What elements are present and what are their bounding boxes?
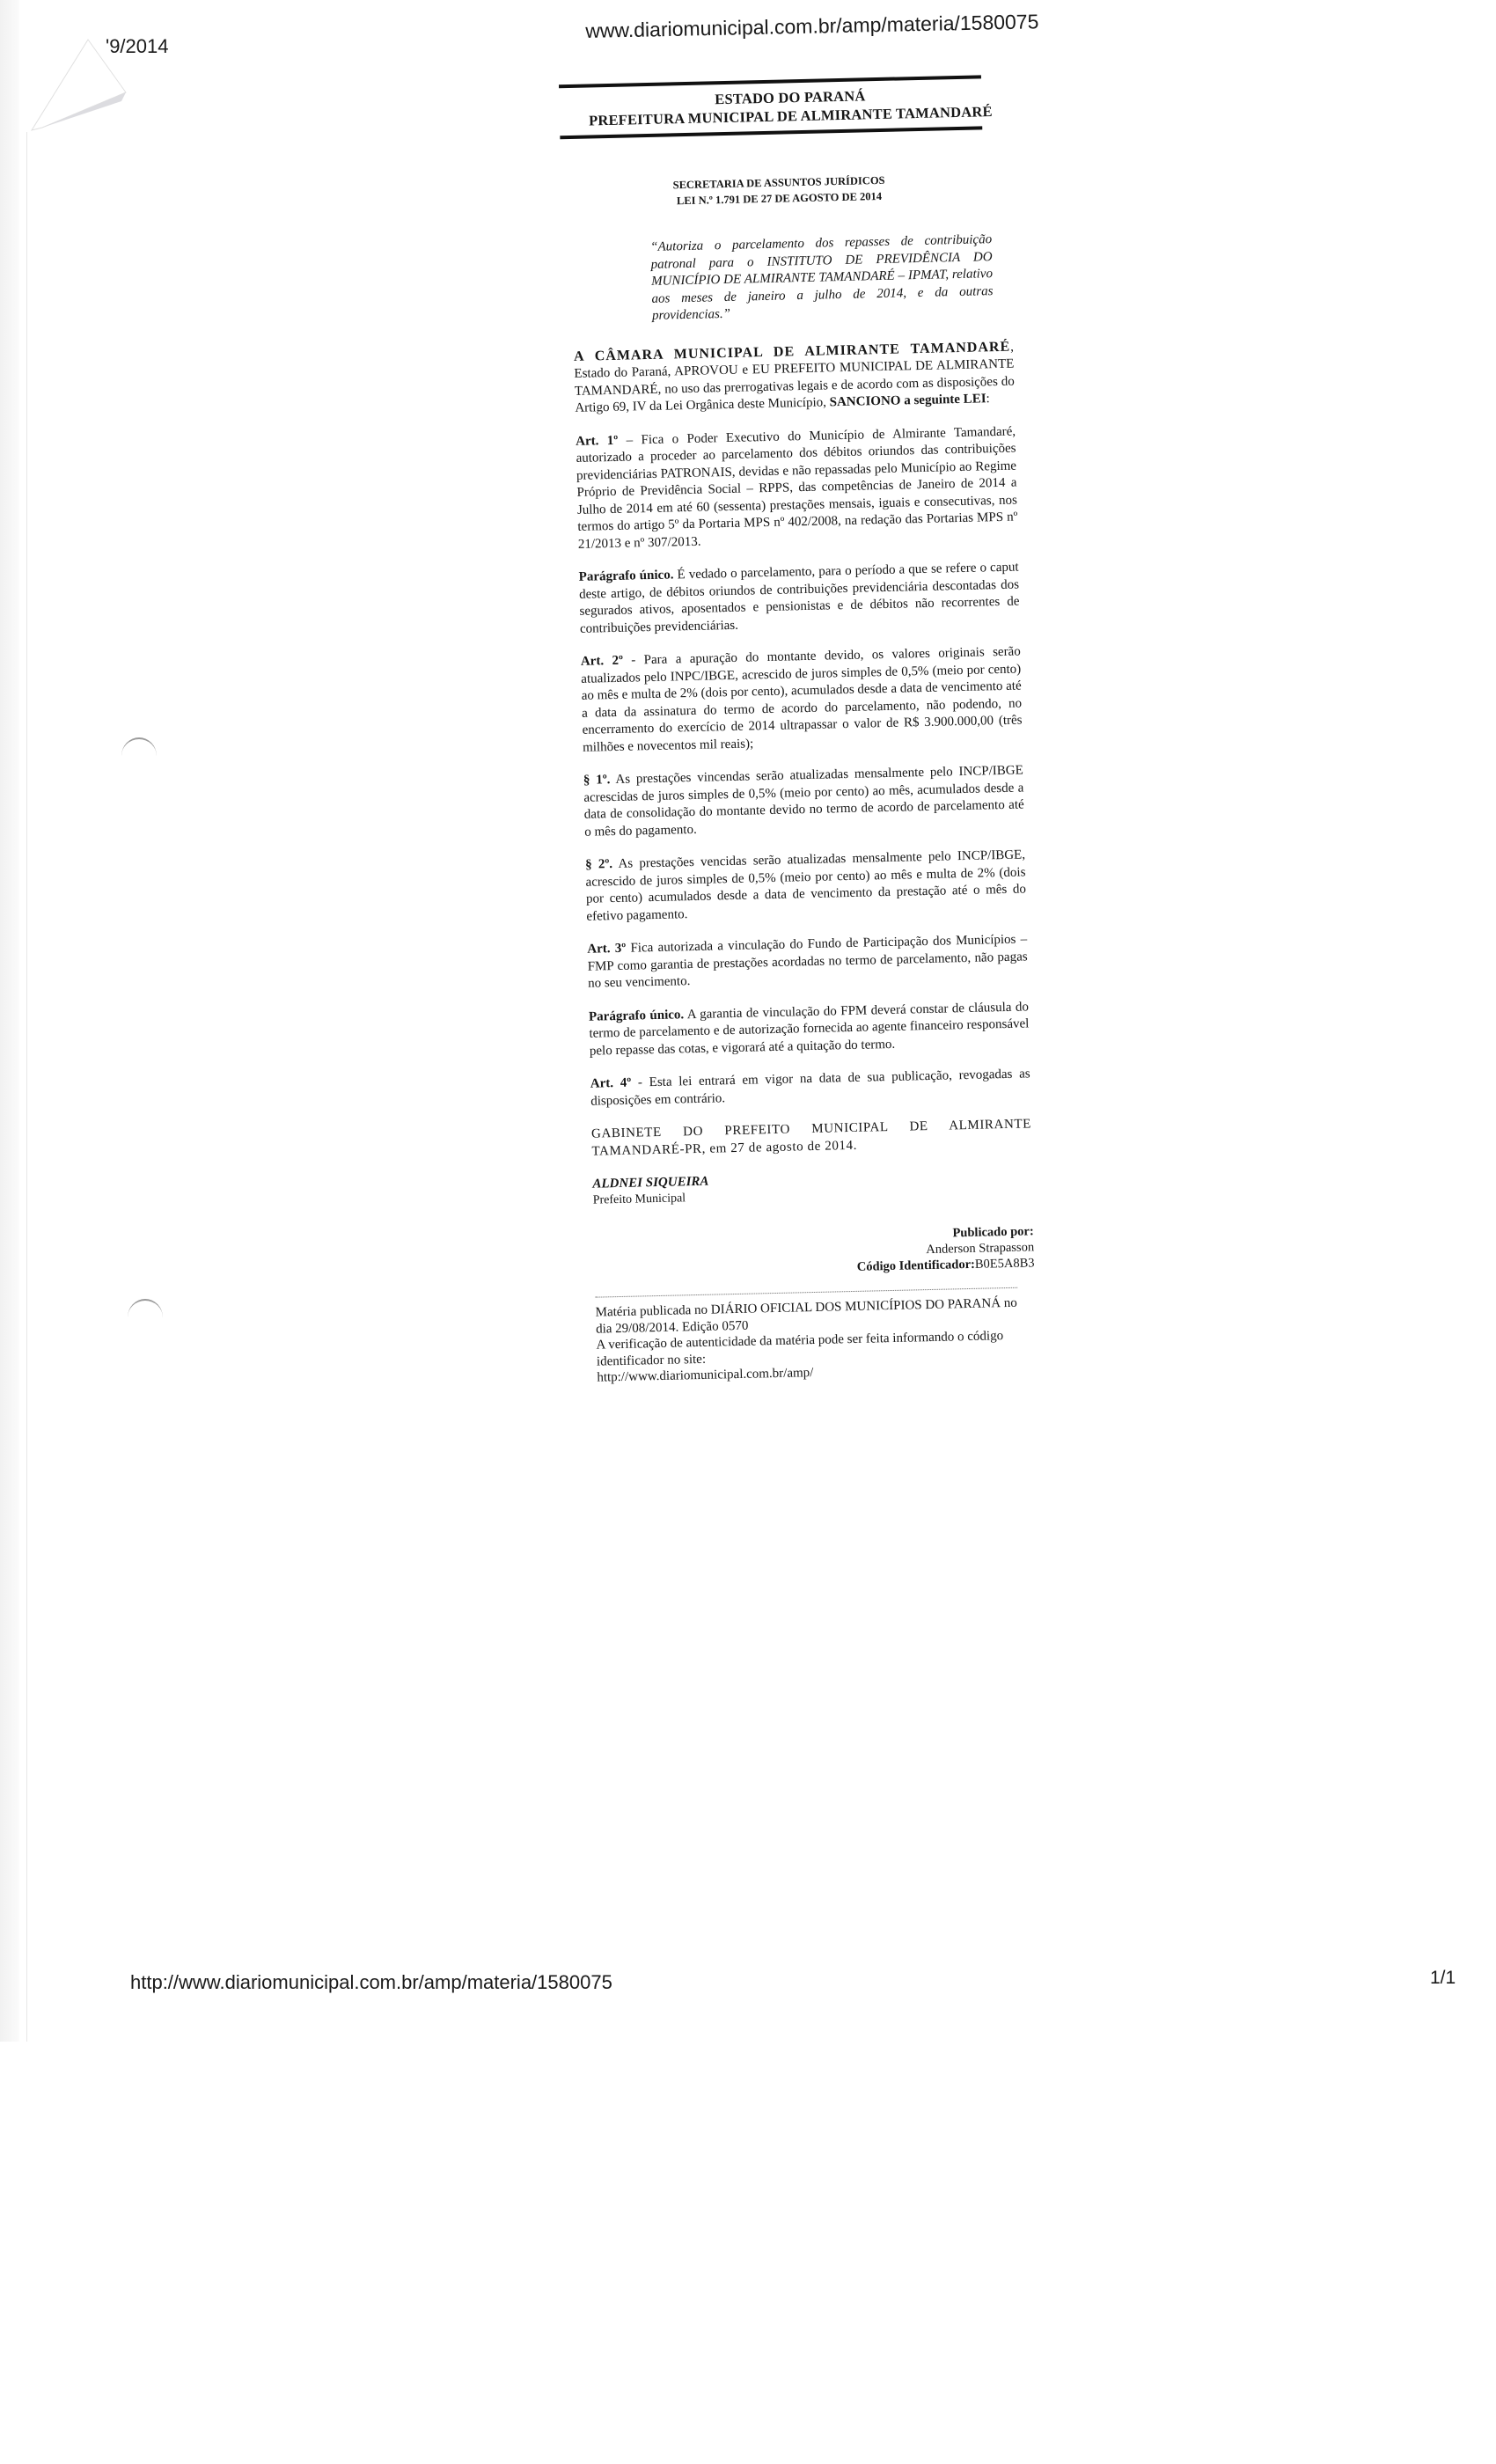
code-value: B0E5A8B3 — [975, 1256, 1035, 1272]
publication-footer: Matéria publicada no DIÁRIO OFICIAL DOS … — [595, 1294, 1037, 1386]
article-2-paragraph-2: § 2º. As prestações vencidas serão atual… — [585, 847, 1027, 925]
law-heading: SECRETARIA DE ASSUNTOS JURÍDICOS LEI N.º… — [543, 170, 1015, 212]
punch-hole-icon — [128, 1299, 163, 1336]
article-3-sole-paragraph: Parágrafo único. A garantia de vinculaçã… — [589, 999, 1030, 1060]
punch-hole-icon — [121, 737, 157, 774]
print-date: '9/2014 — [106, 35, 169, 58]
letterhead: ESTADO DO PARANÁ PREFEITURA MUNICIPAL DE… — [568, 84, 1013, 130]
article-1-sole-paragraph: Parágrafo único. É vedado o parcelamento… — [579, 560, 1021, 638]
law-document: ESTADO DO PARANÁ PREFEITURA MUNICIPAL DE… — [568, 75, 1041, 1387]
publication-info: Publicado por: Anderson Strapasson Códig… — [594, 1223, 1035, 1280]
article-2: Art. 2º - Para a apuração do montante de… — [581, 643, 1023, 756]
print-url-top[interactable]: www.diariomunicipal.com.br/amp/materia/1… — [585, 10, 1039, 43]
print-url-bottom[interactable]: http://www.diariomunicipal.com.br/amp/ma… — [130, 1971, 612, 1994]
article-2-paragraph-1: § 1º. As prestações vincendas serão atua… — [583, 762, 1025, 840]
page-edge — [26, 132, 27, 2042]
signing-place-date: GABINETE DO PREFEITO MUNICIPAL DE ALMIRA… — [591, 1116, 1032, 1160]
enactment-clause: A CÂMARA MUNICIPAL DE ALMIRANTE TAMANDAR… — [574, 338, 1016, 417]
article-1: Art. 1º – Fica o Poder Executivo do Muni… — [576, 423, 1018, 554]
article-3: Art. 3º Fica autorizada a vinculação do … — [587, 931, 1028, 993]
code-label: Código Identificador: — [857, 1258, 975, 1274]
article-4: Art. 4º - Esta lei entrará em vigor na d… — [590, 1066, 1031, 1110]
scan-shadow — [0, 0, 19, 2042]
print-page-number: 1/1 — [1430, 1968, 1456, 1989]
law-summary: “Autoriza o parcelamento dos repasses de… — [650, 231, 994, 325]
